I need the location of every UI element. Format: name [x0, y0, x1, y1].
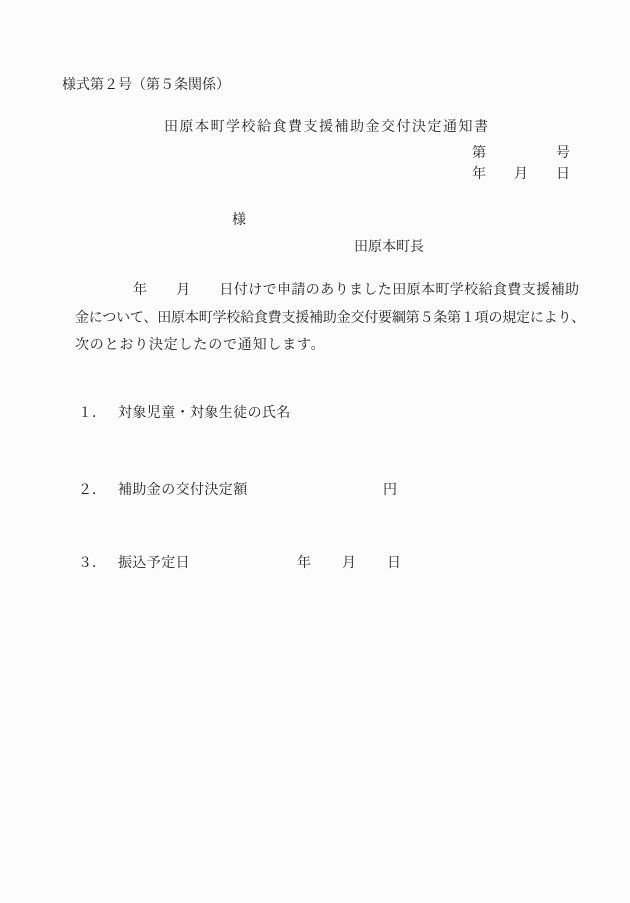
- item-label-student-name: 対象児童・対象生徒の氏名: [118, 404, 291, 424]
- form-number-label: 様式第２号（第５条関係）: [62, 76, 230, 96]
- item-number: ３．: [78, 554, 106, 574]
- addressee-honorific: 様: [232, 211, 246, 231]
- item-number: ２．: [78, 481, 106, 501]
- item-number: １．: [78, 404, 106, 424]
- document-number-placeholder: 第 号: [472, 144, 570, 164]
- document-page: 様式第２号（第５条関係） 田原本町学校給食費支援補助金交付決定通知書 第 号 年…: [0, 0, 630, 903]
- item-row-grant-amount: ２． 補助金の交付決定額 円: [0, 481, 630, 501]
- item-row-student-name: １． 対象児童・対象生徒の氏名: [0, 404, 630, 424]
- item-label-grant-amount: 補助金の交付決定額: [118, 481, 248, 501]
- item-label-transfer-date: 振込予定日: [118, 554, 190, 574]
- document-date-placeholder: 年 月 日: [472, 165, 570, 185]
- item-value-date-placeholder: 年 月 日: [297, 554, 402, 574]
- body-paragraph-line: 次のとおり決定したので通知します。: [75, 336, 325, 356]
- body-paragraph-line: 年 月 日付けで申請のありました田原本町学校給食費支援補助: [133, 281, 579, 301]
- body-paragraph-line: 金について、田原本町学校給食費支援補助金交付要綱第５条第１項の規定により、: [75, 309, 585, 329]
- item-row-transfer-date: ３． 振込予定日 年 月 日: [0, 554, 630, 574]
- item-value-yen-unit: 円: [383, 481, 397, 501]
- sender-title: 田原本町長: [354, 238, 424, 258]
- document-title: 田原本町学校給食費支援補助金交付決定通知書: [164, 118, 490, 138]
